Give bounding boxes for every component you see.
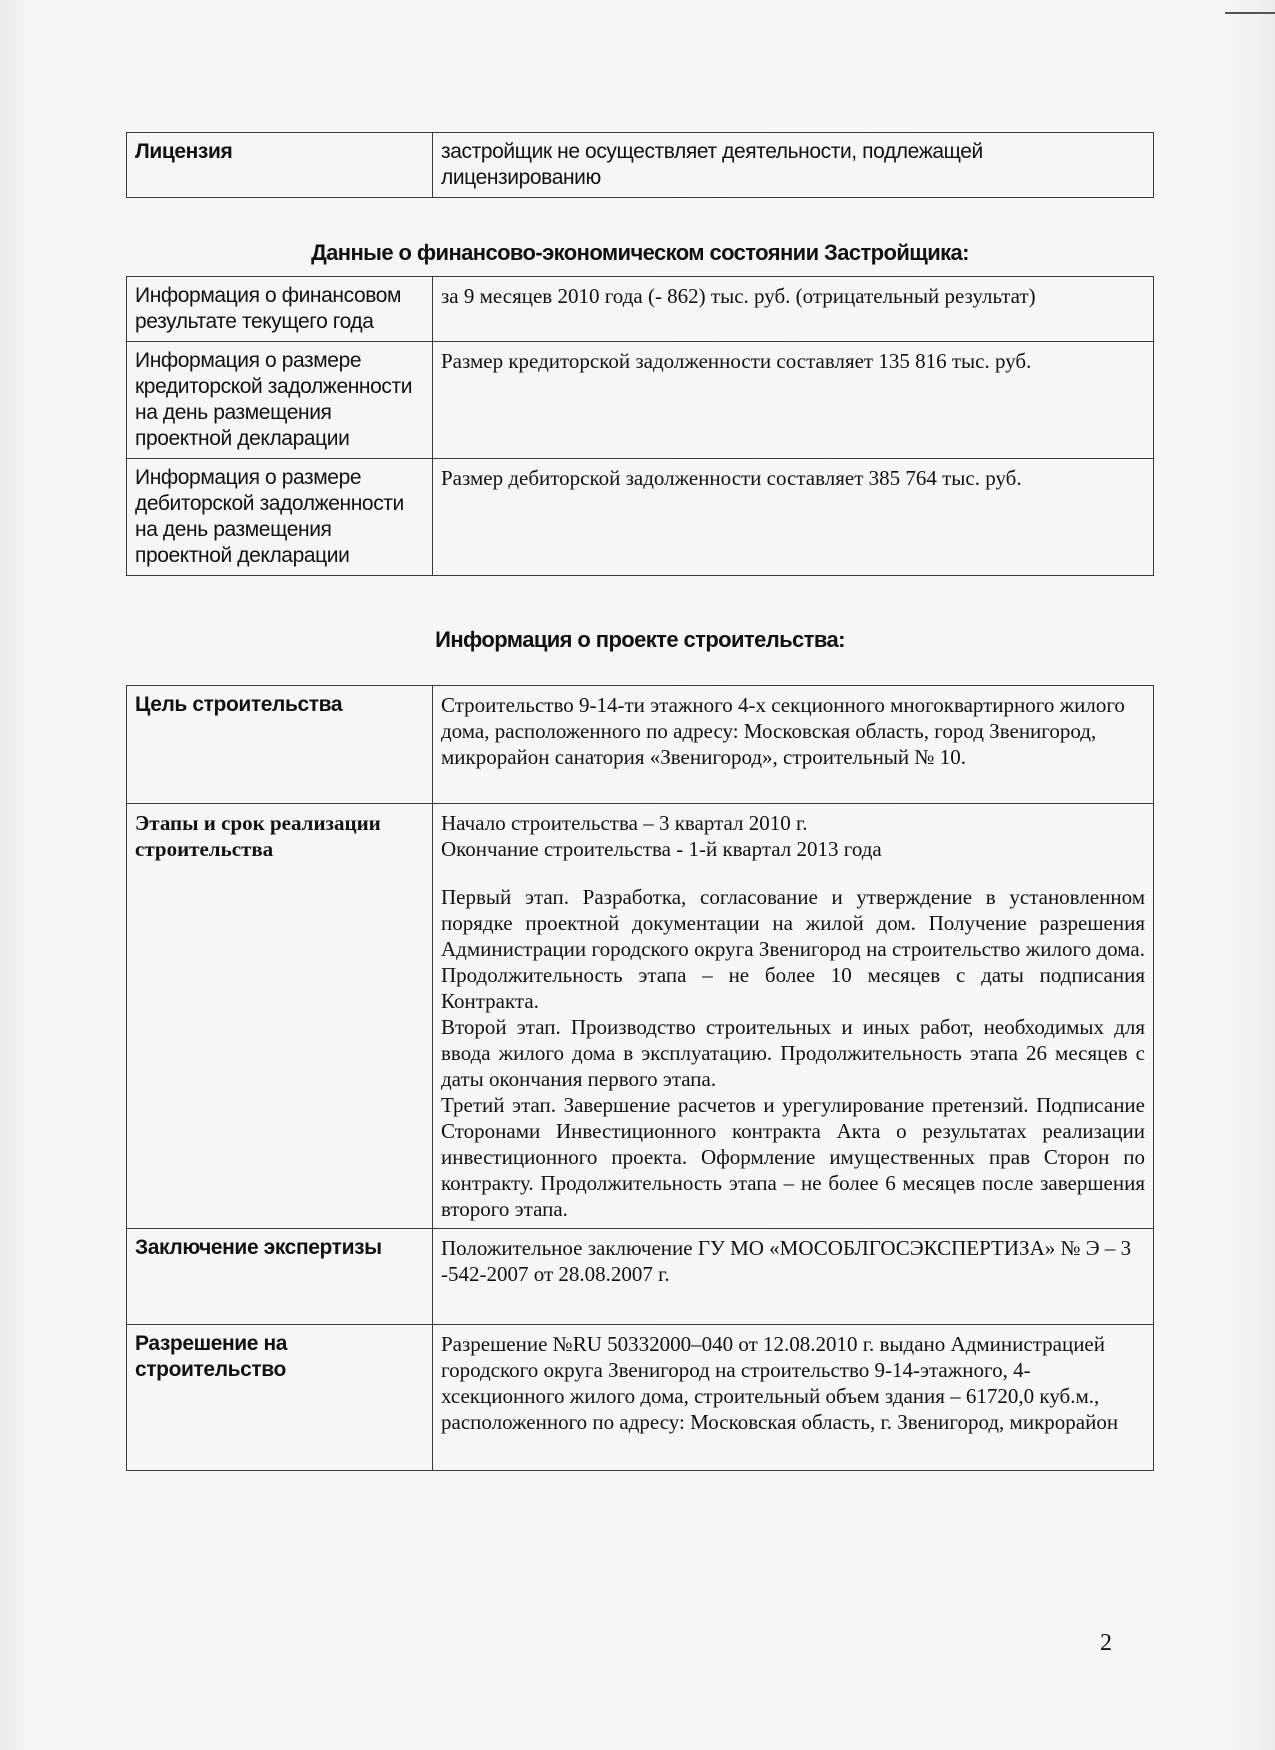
stage-3-text: Третий этап. Завершение расчетов и урегу… [441, 1092, 1145, 1222]
purpose-value: Строительство 9-14-ти этажного 4-х секци… [433, 686, 1154, 804]
permit-value: Разрешение №RU 50332000–040 от 12.08.201… [433, 1325, 1154, 1471]
page-number: 2 [1100, 1630, 1112, 1657]
debtor-debt-value: Размер дебиторской задолженности составл… [433, 459, 1154, 576]
financial-section-title: Данные о финансово-экономическом состоян… [126, 240, 1154, 266]
table-row: Информация о размере кредиторской задолж… [127, 342, 1154, 459]
financial-result-value: за 9 месяцев 2010 года (- 862) тыс. руб.… [433, 277, 1154, 342]
table-row: Лицензия застройщик не осуществляет деят… [127, 133, 1154, 198]
project-section-title: Информация о проекте строительства: [126, 627, 1154, 653]
construction-end: Окончание строительства - 1-й квартал 20… [441, 836, 1145, 862]
table-row: Цель строительства Строительство 9-14-ти… [127, 686, 1154, 804]
table-row: Заключение экспертизы Положительное закл… [127, 1229, 1154, 1325]
table-row: Информация о размере дебиторской задолже… [127, 459, 1154, 576]
purpose-label: Цель строительства [127, 686, 433, 804]
creditor-debt-value: Размер кредиторской задолженности состав… [433, 342, 1154, 459]
document-page: Лицензия застройщик не осуществляет деят… [0, 0, 1275, 1750]
creditor-debt-label: Информация о размере кредиторской задолж… [127, 342, 433, 459]
table-row: Этапы и срок реализации строительства На… [127, 804, 1154, 1229]
construction-start: Начало строительства – 3 квартал 2010 г. [441, 810, 1145, 836]
license-table: Лицензия застройщик не осуществляет деят… [126, 132, 1154, 198]
table-row: Информация о финансовом результате текущ… [127, 277, 1154, 342]
stages-label: Этапы и срок реализации строительства [127, 804, 433, 1229]
project-table: Цель строительства Строительство 9-14-ти… [126, 685, 1154, 1471]
debtor-debt-label: Информация о размере дебиторской задолже… [127, 459, 433, 576]
scan-edge-mark [1225, 0, 1275, 14]
financial-table: Информация о финансовом результате текущ… [126, 276, 1154, 576]
permit-label: Разрешение на строительство [127, 1325, 433, 1471]
spacer [441, 862, 1145, 884]
stages-value: Начало строительства – 3 квартал 2010 г.… [433, 804, 1154, 1229]
license-value: застройщик не осуществляет деятельности,… [433, 133, 1154, 198]
financial-result-label: Информация о финансовом результате текущ… [127, 277, 433, 342]
stage-2-text: Второй этап. Производство строительных и… [441, 1014, 1145, 1092]
expertise-label: Заключение экспертизы [127, 1229, 433, 1325]
stage-1-text: Первый этап. Разработка, согласование и … [441, 884, 1145, 1014]
license-label: Лицензия [127, 133, 433, 198]
table-row: Разрешение на строительство Разрешение №… [127, 1325, 1154, 1471]
expertise-value: Положительное заключение ГУ МО «МОСОБЛГО… [433, 1229, 1154, 1325]
